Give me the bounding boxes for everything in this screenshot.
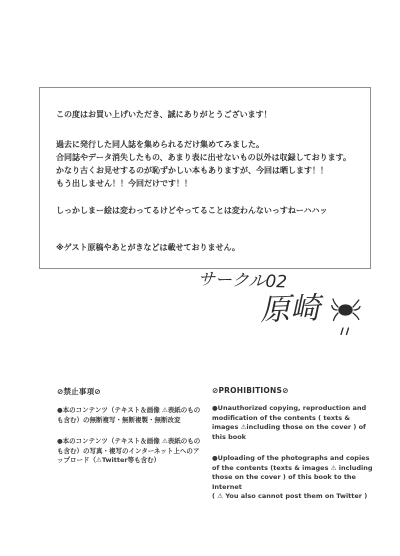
prohibition-en-item: ●Uploading of the photographs and copies… [212, 454, 374, 502]
prohibition-ja-item: ●本のコンテンツ（テキスト＆画像 ⚠表紙のものも含む）の無断複写・無断複製・無断… [57, 406, 205, 425]
handwritten-signature: 原崎 [259, 283, 320, 329]
scanned-afterword-page: この度はお買い上げいただき、誠にありがとうございます！ 過去に発行した同人誌を集… [0, 0, 400, 556]
prohibition-en-item-note: ( ⚠ You also cannot post them on Twitter… [212, 492, 374, 502]
thanks-line: この度はお買い上げいただき、誠にありがとうございます！ [56, 108, 358, 121]
guest-note-line: ※ゲスト原稿やあとがきなどは載せておりません。 [56, 241, 358, 254]
thanks-line: もう出しません！！今回だけです！！ [56, 177, 358, 190]
thanks-message-box: この度はお買い上げいただき、誠にありがとうございます！ 過去に発行した同人誌を集… [39, 87, 371, 269]
spider-doodle-icon [331, 297, 361, 337]
prohibition-en-item-text: ●Uploading of the photographs and copies… [212, 454, 373, 491]
thanks-line: しっかしまー絵は変わってるけどやってることは変わんないっすねーハハッ [56, 204, 358, 217]
prohibitions-english: ⊘PROHIBITIONS⊘ ●Unauthorized copying, re… [212, 386, 374, 514]
prohibitions-ja-heading: ⊘禁止事項⊘ [57, 386, 205, 397]
prohibition-en-item-text: ●Unauthorized copying, reproduction and … [212, 404, 366, 441]
thanks-line: 合同誌やデータ消失したもの、あまり表に出せないもの以外は収録しております。 [56, 151, 358, 164]
prohibition-en-item: ●Unauthorized copying, reproduction and … [212, 404, 374, 442]
prohibitions-en-heading: ⊘PROHIBITIONS⊘ [212, 386, 374, 395]
prohibition-ja-item: ●本のコンテンツ（テキスト＆画像 ⚠表紙のものも含む）の写真・複写のインターネッ… [57, 437, 205, 466]
thanks-line: 過去に発行した同人誌を集められるだけ集めてみました。 [56, 138, 358, 151]
prohibitions-japanese: ⊘禁止事項⊘ ●本のコンテンツ（テキスト＆画像 ⚠表紙のものも含む）の無断複写・… [57, 386, 205, 478]
thanks-line: かなり古くお見せするのが恥ずかしい本もありますが、今回は晒します！！ [56, 164, 358, 177]
